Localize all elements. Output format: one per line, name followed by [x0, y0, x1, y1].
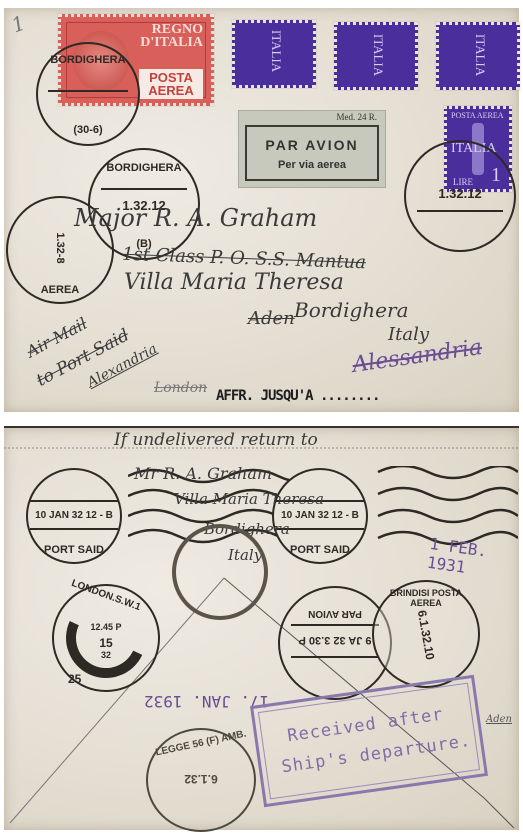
bordighera-postmark-3: 1.32.12	[404, 140, 516, 252]
pencil-number: 1	[8, 11, 28, 38]
par-avion-subtitle: Per via aerea	[247, 159, 377, 171]
legge-ambulant-postmark: LEGGE 56 (F) AMB. 6.1.32	[146, 728, 256, 832]
violet-stamp-2: ITALIA	[334, 22, 418, 90]
black-handstamp: AFFR. JUSQU'A ........	[216, 388, 379, 404]
return-note-line-2: Mr R. A. Graham	[134, 464, 272, 483]
par-avion-title: PAR AVION	[247, 137, 377, 153]
par-avion-label: Med. 24 R. PAR AVION Per via aerea	[238, 110, 386, 188]
violet-stamp-1: ITALIA	[232, 20, 316, 88]
struck-address-line: 1st Class P. O. S.S. Mantua	[122, 244, 367, 274]
address-line-3: Italy	[388, 324, 429, 345]
envelope-front: 1 REGNOD'ITALIA POSTAAEREA ITALIA ITALIA…	[4, 8, 519, 412]
stamp-aerea: AEREA	[148, 83, 194, 98]
struck-aden: Aden	[248, 308, 295, 329]
return-note-line-3: Villa Maria Theresa	[174, 490, 324, 508]
bordighera-postmark-1: BORDIGHERA (30-6)	[36, 42, 140, 146]
brindisi-postmark: BRINDISI POSTA AEREA 6.1.32.10	[372, 580, 480, 688]
london-postmark: LONDON.S.W.1 12.45 P 15 32 25	[52, 584, 160, 692]
violet-stamp-3: ITALIA	[436, 22, 520, 90]
envelope-back: 10 JAN 32 12 - B PORT SAID 10 JAN 32 12 …	[4, 426, 519, 830]
note-london-pencil: London	[154, 380, 207, 396]
faint-bordighera-postmark	[172, 524, 268, 620]
port-said-postmark-2: 10 JAN 32 12 - B PORT SAID	[272, 468, 368, 564]
address-line-1: Villa Maria Theresa	[124, 270, 344, 295]
addressee-name: Major R. A. Graham	[74, 204, 317, 232]
address-line-2: Bordighera	[294, 298, 409, 322]
stamp-ditalia: D'ITALIA	[140, 35, 203, 50]
pencil-note-aden: Aden	[486, 714, 512, 725]
return-note-line-1: If undelivered return to	[114, 430, 318, 450]
port-said-postmark-1: 10 JAN 32 12 - B PORT SAID	[26, 468, 122, 564]
